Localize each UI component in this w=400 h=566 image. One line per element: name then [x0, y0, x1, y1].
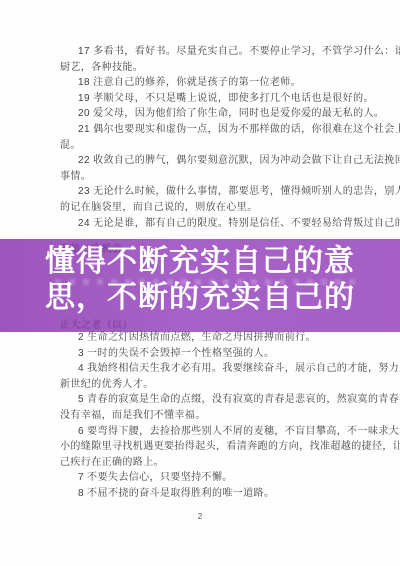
doc-line: 小的缝隙里寻找机遇更要抬得起头，看清奔跑的方向，找准超越的捷径，让自 — [60, 439, 360, 455]
doc-line: 3 一时的失误不会毁掉一个性格坚强的人。 — [60, 346, 360, 362]
doc-line: 2 生命之灯因热情而点燃，生命之舟因拼搏而前行。 — [60, 330, 360, 346]
doc-line: 18 注意自己的修养，你就是孩子的第一位老师。 — [60, 75, 360, 91]
doc-line: 厨艺，各种技能。 — [60, 60, 360, 76]
page-number: 2 — [0, 512, 400, 521]
doc-line: 8 不屈不挠的奋斗是取得胜利的唯一道路。 — [60, 486, 360, 502]
banner-title-line1: 懂得不断充实自己的意 — [0, 244, 400, 280]
doc-line: 己疾行在正确的路上。 — [60, 455, 360, 471]
doc-line: 21 偶尔也要现实和虚伪一点，因为不那样做的话，你很难在这个社会上 — [60, 122, 360, 138]
banner-title-line2: 思，不断的充实自己的 — [0, 280, 400, 316]
doc-line: 新世纪的优秀人才。 — [60, 377, 360, 393]
doc-line: 19 孝顺父母，不只是嘴上说说，即使多打几个电话也是很好的。 — [60, 91, 360, 107]
title-banner: 友第二次机会。 懂得不断充实自己的意 思，不断的充实自己的 正大之老（以） — [0, 239, 400, 332]
doc-line: 没有幸福，而是我们不懂幸福。 — [60, 408, 360, 424]
doc-line: 事情。 — [60, 169, 360, 185]
doc-line: 混。 — [60, 138, 360, 154]
doc-line: 5 青春的寂寞是生命的点缀，没有寂寞的青春是悲哀的，然寂寞的青春不是 — [60, 392, 360, 408]
doc-line: 23 无论什么时候，做什么事情，都要思考，懂得倾听别人的忠告，别人说 — [60, 184, 360, 200]
doc-line: 6 要弯得下腰，去捡拾那些别人不屑的麦穗，不盲目攀高，不一味求大，在 — [60, 424, 360, 440]
banner-underlay-text-bottom: 正大之老（以） — [60, 316, 133, 331]
doc-text-bottom: 2 生命之灯因热情而点燃，生命之舟因拼搏而前行。 3 一时的失误不会毁掉一个性格… — [60, 330, 360, 502]
doc-text-top: 17 多看书，看好书。尽量充实自己。不要停止学习，不管学习什么：语言， 厨艺，各… — [60, 44, 360, 231]
doc-line: 的记在脑袋里，而自己说的，则放在心里。 — [60, 200, 360, 216]
document-page: 17 多看书，看好书。尽量充实自己。不要停止学习，不管学习什么：语言， 厨艺，各… — [0, 0, 400, 566]
doc-line: 7 不要失去信心，只要坚持不懈。 — [60, 470, 360, 486]
doc-line: 4 我始终相信天生我才必有用。我要继续奋斗，展示自己的才能，努力成为 — [60, 361, 360, 377]
doc-line: 22 收敛自己的脾气，偶尔要刻意沉默，因为冲动会做下让自己无法挽回的 — [60, 153, 360, 169]
doc-line: 24 无论是谁，都有自己的限度。特别是信任、不要轻易给背叛过自己的朋 — [60, 216, 360, 232]
doc-line: 17 多看书，看好书。尽量充实自己。不要停止学习，不管学习什么：语言， — [60, 44, 360, 60]
doc-line: 20 爱父母，因为他们给了你生命，同时也是爱你爱的最无私的人。 — [60, 106, 360, 122]
